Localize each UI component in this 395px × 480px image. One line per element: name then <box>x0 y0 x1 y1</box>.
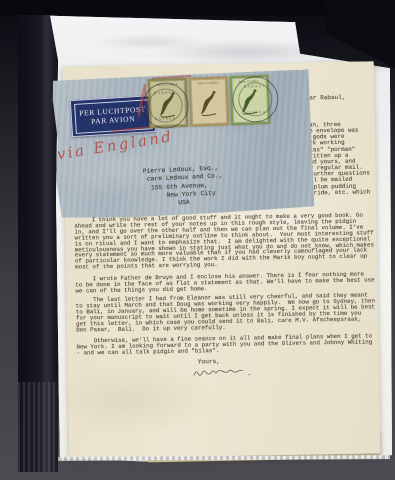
letter-paragraph-1: I think you have a lot of good stuff and… <box>74 212 374 270</box>
letter-paragraph-2: I wrote Father de Bruyn and I enclose hi… <box>75 271 374 294</box>
photo-of-airmail-letter: bul, near Rabaul, 8, 1938 a Tanbunan, th… <box>0 0 395 480</box>
bird-of-paradise-icon <box>196 85 221 124</box>
postmark-territory-text: GUINEA <box>234 110 278 116</box>
letter-closing: Yours, <box>198 358 220 365</box>
letter-paragraph-4: Otherwise, we'll have a fine seance on i… <box>76 333 372 356</box>
sleeve-bottom-seam <box>58 455 390 461</box>
airmail-label-line2: PAR AVION <box>91 115 135 126</box>
postmark-territory-text: GUINEA <box>144 116 188 122</box>
postage-stamp: NEW GUINEA <box>189 76 230 126</box>
postmark-town-text: RABAUL <box>143 90 187 96</box>
postmark-cancellation: RABAUL GUINEA <box>232 75 280 123</box>
album-binding-edge <box>18 10 58 472</box>
postmark-town-text: RABAUL <box>233 84 277 90</box>
airmail-envelope: PER LUCHTPOST PAR AVION via England NEW … <box>51 69 314 220</box>
handwritten-signature-icon <box>192 365 252 380</box>
envelope-address: Pierre Ledoux, Esq., care Ledoux and Co.… <box>143 164 224 209</box>
letter-paragraph-3: The last letter I had from Eleanor was s… <box>76 292 376 333</box>
